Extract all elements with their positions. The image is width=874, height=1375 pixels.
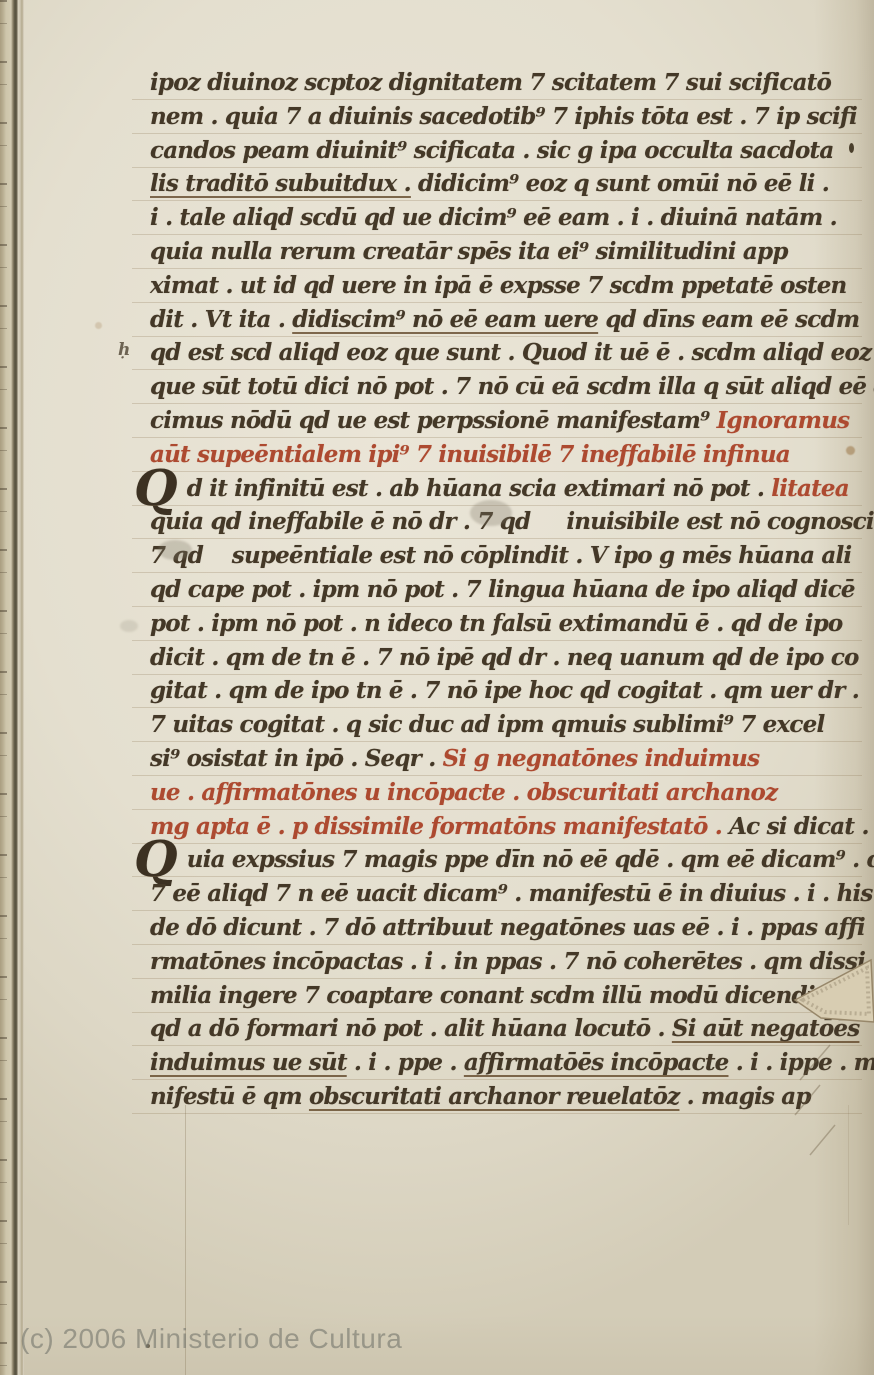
body-text: nem . quia 7 a diuinis sacedotib⁹ 7 iphi… [150,103,857,130]
body-text: nifestū ē qm [150,1083,309,1110]
rubric-text: Ignoramus [717,407,850,434]
body-text: cimus nōdū qd ue est perpssionē manifest… [150,407,717,434]
manuscript-line: quia nulla rerum creatār spēs ita ei⁹ si… [150,235,788,269]
body-text: d it infinitū est . ab hūana scia extima… [187,475,772,502]
body-text: si⁹ osistat in ipō . Seqr . [150,745,443,772]
body-text: didiscim⁹ nō eē eam uere [292,306,598,333]
manuscript-line: rmatōnes incōpactas . i . in ppas . 7 nō… [150,945,865,979]
manuscript-line: ximat . ut id qd uere in ipā ē expsse 7 … [150,269,846,303]
body-text: qd est scd aliqd eoz que sunt . Quod it … [150,339,871,366]
stain-spot [846,446,855,455]
stain-spot [95,322,102,329]
manuscript-line: Quia expssius 7 magis ppe dīn nō eē qdē … [150,843,874,877]
manuscript-line: de dō dicunt . 7 dō attribuut negatōnes … [150,911,865,945]
manuscript-line: candos peam diuinit⁹ scificata . sic g i… [150,134,833,168]
rubric-text: litatea [771,475,849,502]
body-text: qd cape pot . ipm nō pot . 7 lingua hūan… [150,576,855,603]
body-text: didicim⁹ eoz q sunt omūi nō eē li . [411,170,829,197]
rubric-text: aūt supeēntialem ipi⁹ 7 inuisibilē 7 ine… [150,441,790,468]
manuscript-text-block: ipoz diuinoz scptoz dignitatem 7 scitate… [0,0,874,1375]
erasure-smudge [120,620,138,632]
manuscript-line: nem . quia 7 a diuinis sacedotib⁹ 7 iphi… [150,100,857,134]
body-text: uia expssius 7 magis ppe dīn nō eē qdē .… [187,846,874,873]
copyright-watermark: (c) 2006 Ministerio de Cultura [20,1322,402,1356]
body-text: ximat . ut id qd uere in ipā ē expsse 7 … [150,272,846,299]
body-text: que sūt totū dici nō pot . 7 nō cū eā sc… [150,373,874,400]
body-text: quia qd ineffabile ē nō dr . 7 qd inuisi… [150,508,874,535]
body-text: 7 eē aliqd 7 n eē uacit dicam⁹ . manifes… [150,880,874,907]
manuscript-line: gitat . qm de ipo tn ē . 7 nō ipe hoc qd… [150,674,859,708]
body-text: . i . ppe . [347,1049,464,1076]
manuscript-line: nifestū ē qm obscuritati archanor reuela… [150,1080,811,1114]
margin-annotation: ḥ [118,340,130,360]
body-text: gitat . qm de ipo tn ē . 7 nō ipe hoc qd… [150,677,859,704]
manuscript-line: ipoz diuinoz scptoz dignitatem 7 scitate… [150,66,831,100]
erasure-smudge [158,540,192,560]
manuscript-line: quia qd ineffabile ē nō dr . 7 qd inuisi… [150,505,874,539]
manuscript-line: cimus nōdū qd ue est perpssionē manifest… [150,404,849,438]
body-text: quia nulla rerum creatār spēs ita ei⁹ si… [150,238,788,265]
body-text: de dō dicunt . 7 dō attribuut negatōnes … [150,914,865,941]
body-text: pot . ipm nō pot . n ideco tn falsū exti… [150,610,842,637]
body-text: lis traditō subuitdux . [150,170,411,197]
manuscript-line: qd a dō formari nō pot . alit hūana locu… [150,1012,859,1046]
body-text: ipoz diuinoz scptoz dignitatem 7 scitate… [150,69,831,96]
body-text: qd a dō formari nō pot . alit hūana locu… [150,1015,672,1042]
manuscript-line: ue . affirmatōnes u incōpacte . obscurit… [150,776,777,810]
body-text: induimus ue sūt [150,1049,347,1076]
drop-cap-initial: Q [134,854,177,864]
manuscript-line: lis traditō subuitdux . didicim⁹ eoz q s… [150,167,829,201]
manuscript-line: que sūt totū dici nō pot . 7 nō cū eā sc… [150,370,874,404]
manuscript-photo: ipoz diuinoz scptoz dignitatem 7 scitate… [0,0,874,1375]
manuscript-line: milia ingere 7 coaptare conant scdm illū… [150,979,815,1013]
rubric-text: mg apta ē . p dissimile formatōns manife… [150,813,722,840]
rubric-text: ue . affirmatōnes u incōpacte . obscurit… [150,779,777,806]
drop-cap-initial: Q [134,483,177,493]
ink-speck [849,143,854,153]
manuscript-line: 7 uitas cogitat . q sic duc ad ipm qmuis… [150,708,824,742]
manuscript-line: dicit . qm de tn ē . 7 nō ipē qd dr . ne… [150,641,859,675]
manuscript-line: qd cape pot . ipm nō pot . 7 lingua hūan… [150,573,855,607]
body-text: i . tale aliqd scdū qd ue dicim⁹ eē eam … [150,204,837,231]
manuscript-line: si⁹ osistat in ipō . Seqr . Si g negnatō… [150,742,759,776]
body-text: 7 qd supeēntiale est nō cōplindit . V ip… [150,542,851,569]
body-text: rmatōnes incōpactas . i . in ppas . 7 nō… [150,948,865,975]
body-text: 7 uitas cogitat . q sic duc ad ipm qmuis… [150,711,824,738]
body-text: qd dīns eam eē scdm [598,306,859,333]
manuscript-line: 7 qd supeēntiale est nō cōplindit . V ip… [150,539,851,573]
body-text: dicit . qm de tn ē . 7 nō ipē qd dr . ne… [150,644,859,671]
body-text: dit . Vt ita . [150,306,292,333]
scratch-marks [790,1040,870,1160]
body-text: candos peam diuinit⁹ scificata . sic g i… [150,137,833,164]
manuscript-line: mg apta ē . p dissimile formatōns manife… [150,810,869,844]
manuscript-line: 7 eē aliqd 7 n eē uacit dicam⁹ . manifes… [150,877,874,911]
manuscript-line: aūt supeēntialem ipi⁹ 7 inuisibilē 7 ine… [150,438,790,472]
erasure-smudge [470,500,512,526]
manuscript-line: pot . ipm nō pot . n ideco tn falsū exti… [150,607,842,641]
rubric-text: Si g negnatōnes induimus [443,745,760,772]
manuscript-line: dit . Vt ita . didiscim⁹ nō eē eam uere … [150,303,859,337]
body-text: obscuritati archanor reuelatōz [309,1083,679,1110]
manuscript-line: i . tale aliqd scdū qd ue dicim⁹ eē eam … [150,201,837,235]
manuscript-line: qd est scd aliqd eoz que sunt . Quod it … [150,336,871,370]
body-text: Ac si dicat . [722,813,869,840]
parchment-repair-patch [791,956,874,1036]
body-text: milia ingere 7 coaptare conant scdm illū… [150,982,815,1009]
manuscript-line: induimus ue sūt . i . ppe . affirmatōēs … [150,1046,874,1080]
body-text: affirmatōēs incōpacte [464,1049,729,1076]
